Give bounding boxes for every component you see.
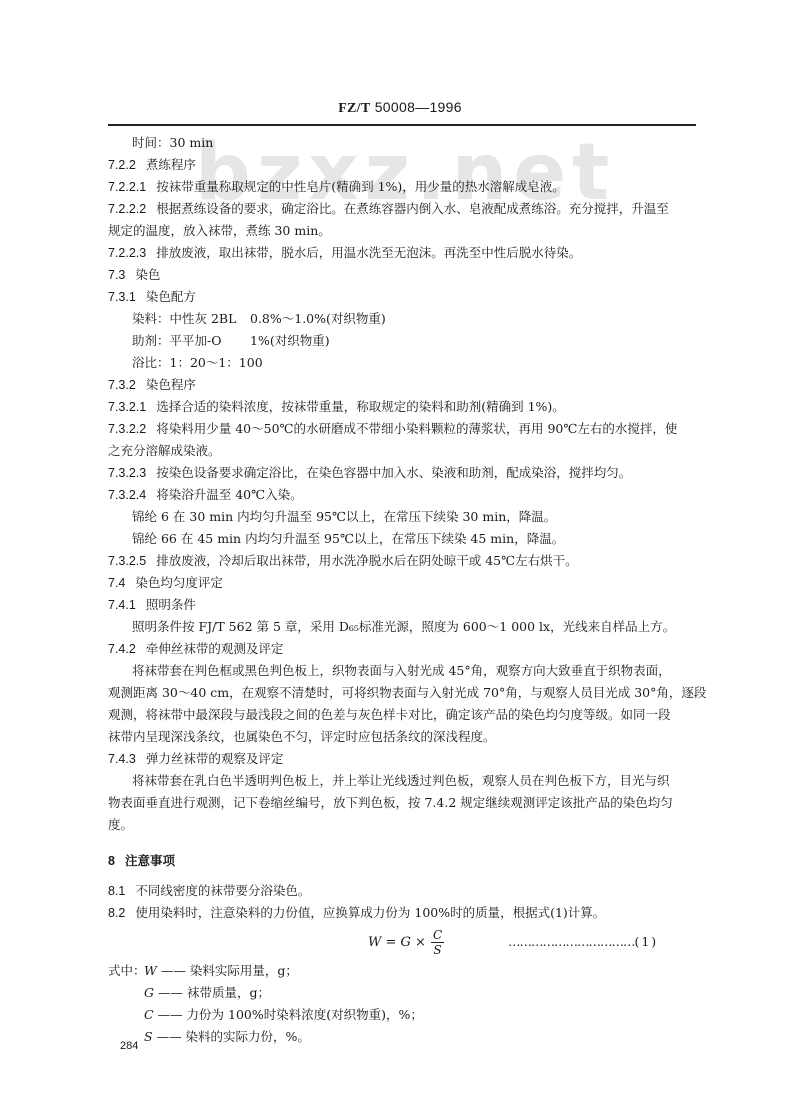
clause-number: 7.3.2.1 (108, 400, 146, 414)
recipe-row: 染料：中性灰 2BL0.8%～1.0%(对织物重) (108, 308, 704, 330)
clause-text: 根据煮练设备的要求，确定浴比。在煮练容器内倒入水、皂液配成煮练浴。充分搅拌，升温… (156, 201, 669, 216)
paragraph-line: 锦纶 6 在 30 min 内均匀升温至 95℃以上，在常压下续染 30 min… (108, 506, 704, 528)
clause-text: 照明条件 (146, 597, 196, 612)
recipe-value: 0.8%～1.0%(对织物重) (250, 311, 386, 326)
clause-text: 排放废液，取出袜带，脱水后，用温水洗至无泡沫。再洗至中性后脱水待染。 (156, 245, 581, 260)
clause-7-4-2: 7.4.2牵伸丝袜带的观测及评定 (108, 638, 704, 660)
clause-text: 选择合适的染料浓度，按袜带重量，称取规定的染料和助剂(精确到 1%)。 (156, 399, 565, 414)
clause-number: 7.2.2.1 (108, 180, 146, 194)
clause-7-3-2-4: 7.3.2.4将染浴升温至 40℃入染。 (108, 484, 704, 506)
recipe-row: 助剂：平平加-O1%(对织物重) (108, 330, 704, 352)
paragraph-line: 度。 (108, 814, 704, 836)
paragraph-line: 将袜带套在乳白色半透明判色板上，并上举让光线透过判色板，观察人员在判色板下方，目… (108, 770, 704, 792)
clause-number: 7.3.2.5 (108, 554, 146, 568)
clause-text: 煮练程序 (146, 157, 196, 172)
clause-7-3-2: 7.3.2染色程序 (108, 374, 704, 396)
variable-symbol: S (144, 1029, 153, 1044)
clause-text: 观测距离 30～40 cm，在观察不清楚时，可将织物表面与入射光成 70°角，与… (108, 685, 706, 700)
formula-1: W = G × CS ……………………………( 1 ) (108, 924, 704, 960)
clause-number: 7.4.2 (108, 642, 136, 656)
clause-number: 8.1 (108, 884, 125, 898)
clause-number: 7.3 (108, 268, 125, 282)
clause-number: 7.3.2.2 (108, 422, 146, 436)
clause-text: 将袜带套在乳白色半透明判色板上，并上举让光线透过判色板，观察人员在判色板下方，目… (132, 773, 670, 788)
clause-text: 将染料用少量 40～50℃的水研磨成不带细小染料颗粒的薄浆状，再用 90℃左右的… (156, 421, 677, 436)
clause-number: 7.3.2 (108, 378, 136, 392)
clause-text: 观测，将袜带中最深段与最浅段之间的色差与灰色样卡对比，确定该产品的染色均匀度等级… (108, 707, 671, 722)
clause-text: 染色程序 (146, 377, 196, 392)
clause-number: 7.2.2 (108, 158, 136, 172)
recipe-label: 染料：中性灰 2BL (132, 308, 250, 330)
clause-number: 7.3.2.4 (108, 488, 146, 502)
clause-text: 按染色设备要求确定浴比，在染色容器中加入水、染液和助剂，配成染浴，搅拌均匀。 (156, 465, 631, 480)
clause-text: 照明条件按 FJ/T 562 第 5 章，采用 D₆₅标准光源，照度为 600～… (132, 619, 675, 634)
formula-variable: C —— 力份为 100%时染料浓度(对织物重)，%； (108, 1004, 704, 1026)
clause-number: 7.4.1 (108, 598, 136, 612)
clause-text: 按袜带重量称取规定的中性皂片(精确到 1%)，用少量的热水溶解成皂液。 (156, 179, 565, 194)
clause-number: 7.2.2.3 (108, 246, 146, 260)
document-page: FZ/T 50008—1996 bzxz.net 时间：30 min7.2.2煮… (0, 0, 800, 1110)
clause-number: 8.2 (108, 906, 125, 920)
clause-7-2-2-3: 7.2.2.3排放废液，取出袜带，脱水后，用温水洗至无泡沫。再洗至中性后脱水待染… (108, 242, 704, 264)
clause-7-3-2-5: 7.3.2.5排放废液，冷却后取出袜带，用水洗净脱水后在阴处晾干或 45℃左右烘… (108, 550, 704, 572)
document-body: 时间：30 min7.2.2煮练程序7.2.2.1按袜带重量称取规定的中性皂片(… (108, 132, 704, 1048)
clause-7-3-2-1: 7.3.2.1选择合适的染料浓度，按袜带重量，称取规定的染料和助剂(精确到 1%… (108, 396, 704, 418)
clause-text: 将袜带套在判色框或黑色判色板上，织物表面与入射光成 45°角，观察方向大致垂直于… (132, 663, 671, 678)
section-8-heading: 8注意事项 (108, 850, 704, 872)
clause-text: 不同线密度的袜带要分浴染色。 (135, 883, 310, 898)
variable-desc: —— 染料的实际力份，%。 (157, 1029, 310, 1044)
clause-text: 牵伸丝袜带的观测及评定 (146, 641, 284, 656)
clause-text: 时间：30 min (132, 135, 213, 150)
clause-7-4: 7.4染色均匀度评定 (108, 572, 704, 594)
header-rule (108, 124, 696, 126)
clause-number: 7.3.2.3 (108, 466, 146, 480)
clause-8-2: 8.2使用染料时，注意染料的力份值，应换算成力份为 100%时的质量，根据式(1… (108, 902, 704, 924)
clause-7-4-1: 7.4.1照明条件 (108, 594, 704, 616)
clause-7-3: 7.3染色 (108, 264, 704, 286)
variable-desc: —— 染料实际用量，g； (161, 963, 298, 978)
recipe-label: 助剂：平平加-O (132, 330, 250, 352)
clause-7-2-2: 7.2.2煮练程序 (108, 154, 704, 176)
paragraph-line: 之充分溶解成染液。 (108, 440, 704, 462)
paragraph-line: 时间：30 min (108, 132, 704, 154)
clause-text: 染色均匀度评定 (135, 575, 223, 590)
clause-7-4-3: 7.4.3弹力丝袜带的观察及评定 (108, 748, 704, 770)
paragraph-line: 将袜带套在判色框或黑色判色板上，织物表面与入射光成 45°角，观察方向大致垂直于… (108, 660, 704, 682)
page-header: FZ/T 50008—1996 (0, 99, 800, 117)
clause-8-1: 8.1不同线密度的袜带要分浴染色。 (108, 880, 704, 902)
paragraph-line: 袜带内呈现深浅条纹，也属染色不匀，评定时应包括条纹的深浅程度。 (108, 726, 704, 748)
clause-7-2-2-1: 7.2.2.1按袜带重量称取规定的中性皂片(精确到 1%)，用少量的热水溶解成皂… (108, 176, 704, 198)
clause-text: 袜带内呈现深浅条纹，也属染色不匀，评定时应包括条纹的深浅程度。 (108, 729, 496, 744)
clause-text: 度。 (108, 817, 133, 832)
clause-number: 7.3.1 (108, 290, 136, 304)
clause-7-3-1: 7.3.1染色配方 (108, 286, 704, 308)
clause-text: 染色配方 (146, 289, 196, 304)
standard-number: 50008—1996 (375, 99, 462, 115)
paragraph-line: 锦纶 66 在 45 min 内均匀升温至 95℃以上，在常压下续染 45 mi… (108, 528, 704, 550)
clause-text: 将染浴升温至 40℃入染。 (156, 487, 302, 502)
clause-text: 使用染料时，注意染料的力份值，应换算成力份为 100%时的质量，根据式(1)计算… (135, 905, 605, 920)
clause-7-3-2-2: 7.3.2.2将染料用少量 40～50℃的水研磨成不带细小染料颗粒的薄浆状，再用… (108, 418, 704, 440)
formula-variable: G —— 袜带质量，g； (108, 982, 704, 1004)
clause-number: 7.4 (108, 576, 125, 590)
paragraph-line: 观测，将袜带中最深段与最浅段之间的色差与灰色样卡对比，确定该产品的染色均匀度等级… (108, 704, 704, 726)
standard-code: FZ/T (338, 101, 370, 116)
paragraph-line: 物表面垂直进行观测，记下卷缩丝编号，放下判色板，按 7.4.2 规定继续观测评定… (108, 792, 704, 814)
clause-text: 物表面垂直进行观测，记下卷缩丝编号，放下判色板，按 7.4.2 规定继续观测评定… (108, 795, 673, 810)
variable-desc: —— 袜带质量，g； (158, 985, 270, 1000)
recipe-label: 浴比：1：20～1：100 (132, 352, 263, 374)
clause-text: 染色 (135, 267, 160, 282)
clause-text: 锦纶 66 在 45 min 内均匀升温至 95℃以上，在常压下续染 45 mi… (132, 531, 564, 546)
paragraph-line: 照明条件按 FJ/T 562 第 5 章，采用 D₆₅标准光源，照度为 600～… (108, 616, 704, 638)
formula-variable: S —— 染料的实际力份，%。 (108, 1026, 704, 1048)
clause-number: 7.4.3 (108, 752, 136, 766)
variable-desc: —— 力份为 100%时染料浓度(对织物重)，%； (158, 1007, 423, 1022)
recipe-row: 浴比：1：20～1：100 (108, 352, 704, 374)
clause-7-3-2-3: 7.3.2.3按染色设备要求确定浴比，在染色容器中加入水、染液和助剂，配成染浴，… (108, 462, 704, 484)
variable-symbol: W (144, 963, 157, 978)
clause-text: 规定的温度，放入袜带，煮练 30 min。 (108, 223, 331, 238)
variable-symbol: C (144, 1007, 154, 1022)
recipe-value: 1%(对织物重) (250, 333, 330, 348)
variable-symbol: G (144, 985, 154, 1000)
paragraph-line: 规定的温度，放入袜带，煮练 30 min。 (108, 220, 704, 242)
formula-variable: 式中：W —— 染料实际用量，g； (108, 960, 704, 982)
clause-7-2-2-2: 7.2.2.2根据煮练设备的要求，确定浴比。在煮练容器内倒入水、皂液配成煮练浴。… (108, 198, 704, 220)
clause-text: 之充分溶解成染液。 (108, 443, 221, 458)
paragraph-line: 观测距离 30～40 cm，在观察不清楚时，可将织物表面与入射光成 70°角，与… (108, 682, 704, 704)
clause-text: 排放废液，冷却后取出袜带，用水洗净脱水后在阴处晾干或 45℃左右烘干。 (156, 553, 577, 568)
clause-text: 弹力丝袜带的观察及评定 (146, 751, 284, 766)
clause-number: 7.2.2.2 (108, 202, 146, 216)
clause-text: 锦纶 6 在 30 min 内均匀升温至 95℃以上，在常压下续染 30 min… (132, 509, 556, 524)
